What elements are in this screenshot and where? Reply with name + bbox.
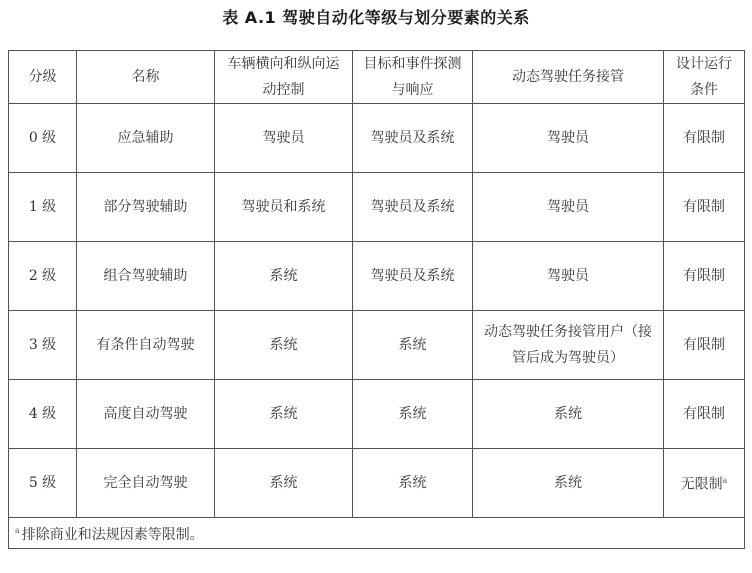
cell-level: 3 级 <box>9 311 77 380</box>
cell-level: 2 级 <box>9 242 77 311</box>
cell-takeover: 驾驶员 <box>473 242 664 311</box>
footnote-marker: a <box>723 476 728 485</box>
cell-name: 组合驾驶辅助 <box>77 242 215 311</box>
table-row: 2 级 组合驾驶辅助 系统 驾驶员及系统 驾驶员 有限制 <box>9 242 745 311</box>
table-header-row: 分级 名称 车辆横向和纵向运动控制 目标和事件探测与响应 动态驾驶任务接管 设计… <box>9 51 745 104</box>
cell-motion-control: 系统 <box>215 449 353 518</box>
header-takeover: 动态驾驶任务接管 <box>473 51 664 104</box>
table-footnote-row: a排除商业和法规因素等限制。 <box>9 518 745 549</box>
header-name: 名称 <box>77 51 215 104</box>
footnote-text: 排除商业和法规因素等限制。 <box>22 527 204 543</box>
cell-odd: 无限制a <box>664 449 745 518</box>
header-detection-response: 目标和事件探测与响应 <box>353 51 473 104</box>
cell-detection-response: 驾驶员及系统 <box>353 173 473 242</box>
cell-takeover: 动态驾驶任务接管用户（接管后成为驾驶员） <box>473 311 664 380</box>
table-row: 5 级 完全自动驾驶 系统 系统 系统 无限制a <box>9 449 745 518</box>
cell-level: 0 级 <box>9 104 77 173</box>
cell-takeover: 系统 <box>473 449 664 518</box>
cell-motion-control: 驾驶员和系统 <box>215 173 353 242</box>
table-row: 3 级 有条件自动驾驶 系统 系统 动态驾驶任务接管用户（接管后成为驾驶员） 有… <box>9 311 745 380</box>
cell-name: 完全自动驾驶 <box>77 449 215 518</box>
cell-takeover: 驾驶员 <box>473 104 664 173</box>
table-row: 0 级 应急辅助 驾驶员 驾驶员及系统 驾驶员 有限制 <box>9 104 745 173</box>
cell-detection-response: 驾驶员及系统 <box>353 104 473 173</box>
table-row: 1 级 部分驾驶辅助 驾驶员和系统 驾驶员及系统 驾驶员 有限制 <box>9 173 745 242</box>
cell-takeover: 系统 <box>473 380 664 449</box>
header-odd: 设计运行条件 <box>664 51 745 104</box>
cell-level: 1 级 <box>9 173 77 242</box>
cell-level: 4 级 <box>9 380 77 449</box>
table-title: 表 A.1 驾驶自动化等级与划分要素的关系 <box>0 6 752 30</box>
cell-odd-text: 无限制 <box>681 477 723 493</box>
header-level: 分级 <box>9 51 77 104</box>
automation-level-table: 分级 名称 车辆横向和纵向运动控制 目标和事件探测与响应 动态驾驶任务接管 设计… <box>8 50 745 549</box>
cell-detection-response: 系统 <box>353 449 473 518</box>
cell-odd: 有限制 <box>664 380 745 449</box>
cell-detection-response: 系统 <box>353 380 473 449</box>
cell-motion-control: 系统 <box>215 311 353 380</box>
cell-motion-control: 系统 <box>215 242 353 311</box>
cell-odd: 有限制 <box>664 311 745 380</box>
cell-detection-response: 驾驶员及系统 <box>353 242 473 311</box>
cell-name: 有条件自动驾驶 <box>77 311 215 380</box>
cell-odd: 有限制 <box>664 242 745 311</box>
cell-detection-response: 系统 <box>353 311 473 380</box>
cell-name: 应急辅助 <box>77 104 215 173</box>
cell-motion-control: 驾驶员 <box>215 104 353 173</box>
header-motion-control: 车辆横向和纵向运动控制 <box>215 51 353 104</box>
footnote-cell: a排除商业和法规因素等限制。 <box>9 518 745 549</box>
cell-name: 高度自动驾驶 <box>77 380 215 449</box>
cell-level: 5 级 <box>9 449 77 518</box>
table-row: 4 级 高度自动驾驶 系统 系统 系统 有限制 <box>9 380 745 449</box>
cell-motion-control: 系统 <box>215 380 353 449</box>
cell-odd: 有限制 <box>664 173 745 242</box>
cell-takeover: 驾驶员 <box>473 173 664 242</box>
cell-odd: 有限制 <box>664 104 745 173</box>
cell-name: 部分驾驶辅助 <box>77 173 215 242</box>
footnote-marker: a <box>15 526 20 535</box>
